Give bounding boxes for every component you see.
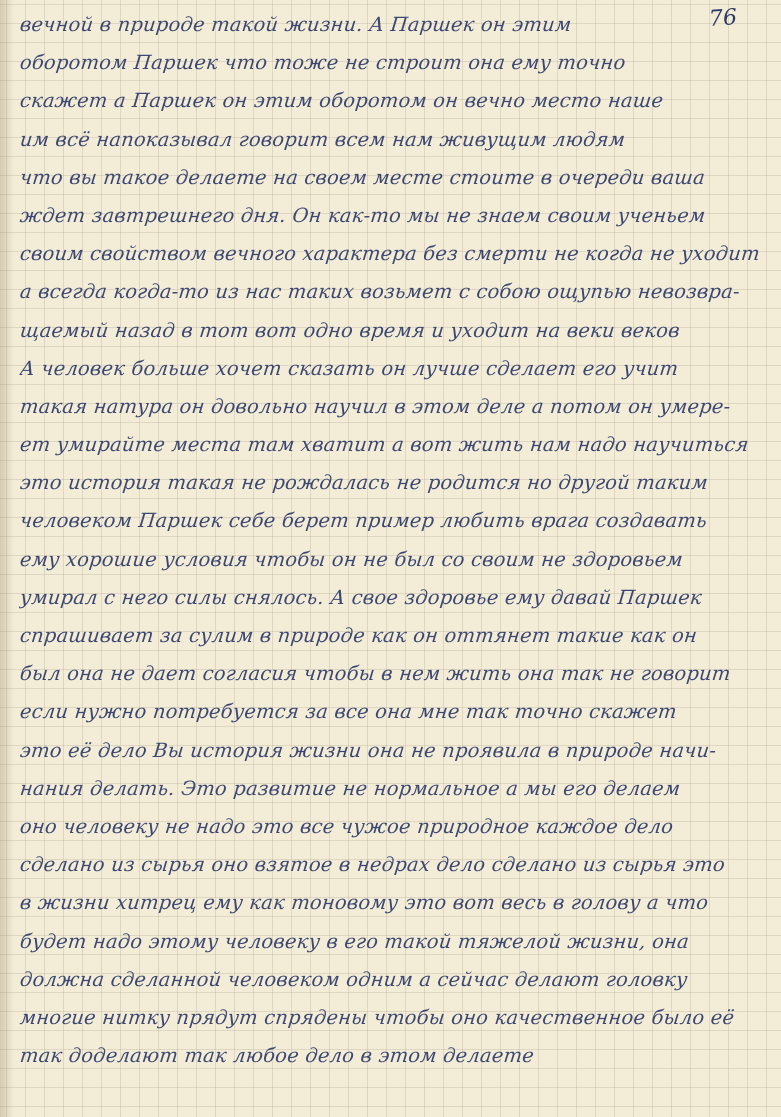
text-line: спрашивает за сулим в природе как он отт… (18, 617, 771, 655)
text-line: многие нитку прядут спрядены чтобы оно к… (18, 999, 771, 1037)
text-line: оно человеку не надо это все чужое приро… (18, 808, 771, 846)
notebook-page: 76 вечной в природе такой жизни. А Парше… (0, 0, 781, 1117)
text-line: им всё напоказывал говорит всем нам живу… (18, 121, 771, 159)
text-line: в жизни хитрец ему как тоновому это вот … (18, 884, 771, 922)
text-line: был она не дает согласия чтобы в нем жит… (18, 655, 771, 693)
text-line: человеком Паршек себе берет пример любит… (18, 502, 771, 540)
text-line: ждет завтрешнего дня. Он как-то мы не зн… (18, 197, 771, 235)
text-line: так доделают так любое дело в этом делае… (18, 1037, 771, 1075)
text-line: щаемый назад в тот вот одно время и уход… (18, 312, 771, 350)
text-line: что вы такое делаете на своем месте стои… (18, 159, 771, 197)
text-line: А человек больше хочет сказать он лучше … (18, 350, 771, 388)
text-line: должна сделанной человеком одним а сейча… (18, 961, 771, 999)
text-line: это история такая не рождалась не родитс… (18, 464, 771, 502)
text-line: если нужно потребуется за все она мне та… (18, 693, 771, 731)
text-line: а всегда когда-то из нас таких возьмет с… (18, 273, 771, 311)
text-line: своим свойством вечного характера без см… (18, 235, 771, 273)
text-line: такая натура он довольно научил в этом д… (18, 388, 771, 426)
text-line: умирал с него силы снялось. А свое здоро… (18, 579, 771, 617)
handwritten-text: вечной в природе такой жизни. А Паршек о… (20, 6, 769, 1075)
text-line: будет надо этому человеку в его такой тя… (18, 923, 771, 961)
text-line: ет умирайте места там хватит а вот жить … (18, 426, 771, 464)
text-line: вечной в природе такой жизни. А Паршек о… (18, 6, 771, 44)
text-line: ему хорошие условия чтобы он не был со с… (18, 541, 771, 579)
text-line: сделано из сырья оно взятое в недрах дел… (18, 846, 771, 884)
text-line: нания делать. Это развитие не нормальное… (18, 770, 771, 808)
text-line: это её дело Вы история жизни она не проя… (18, 732, 771, 770)
text-line: скажет а Паршек он этим оборотом он вечн… (18, 82, 771, 120)
text-line: оборотом Паршек что тоже не строит она е… (18, 44, 771, 82)
